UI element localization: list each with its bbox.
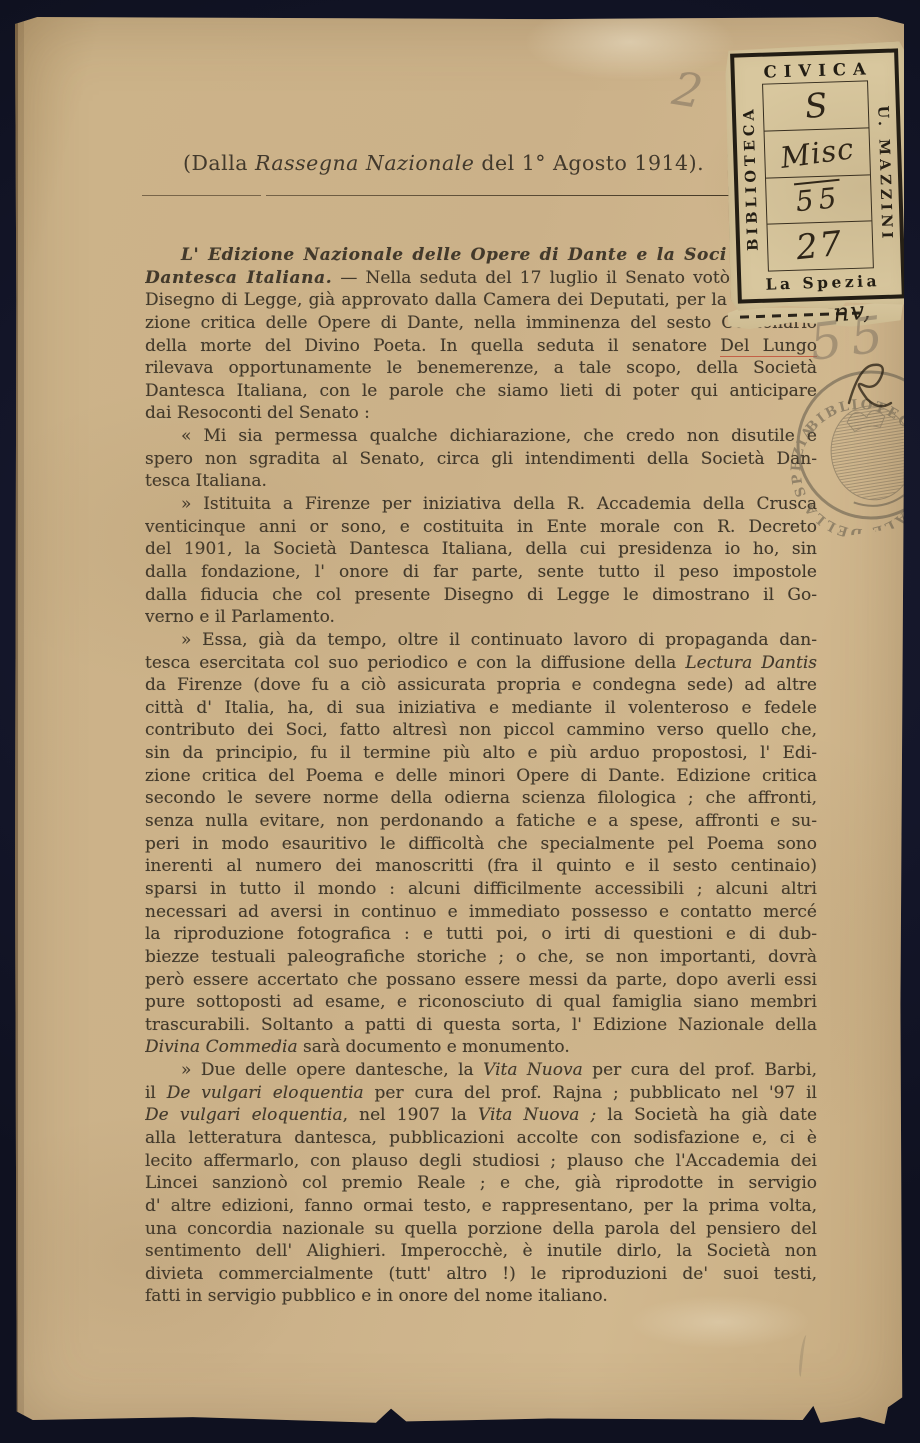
text-segment: biezze testuali paleografiche storiche ;… (145, 947, 817, 967)
text-line: secondo le severe norme della odierna sc… (145, 787, 817, 810)
pencil-mark (798, 1335, 809, 1378)
text-line: rilevava opportunamente le benemerenze, … (145, 357, 817, 380)
text-segment: sparsi in tutto il mondo : alcuni diffic… (145, 879, 817, 899)
text-line: città d' Italia, ha, di sua iniziativa e… (145, 697, 817, 720)
text-line: contributo dei Soci, fatto altresì non p… (145, 719, 817, 742)
text-line: pure sottoposti ad esame, e riconosciuto… (145, 991, 817, 1014)
pencil-shelf-number: 55 (807, 304, 895, 372)
text-line: divieta commercialmente (tutt' altro !) … (145, 1263, 817, 1286)
text-line: sin da principio, fu il termine più alto… (145, 742, 817, 765)
label-word-mazzini: U. MAZZINI (874, 105, 895, 242)
text-segment: De vulgari eloquentia (167, 1083, 364, 1103)
text-segment: del 1901, la Società Dantesca Italiana, … (145, 539, 817, 559)
library-label: CIVICA BIBLIOTECA U. MAZZINI La Spezia S… (723, 41, 913, 313)
text-line: inerenti al numero dei manoscritti (fra … (145, 855, 817, 878)
handwritten-call-number: S (803, 85, 829, 126)
text-segment: sentimento dell' Alighieri. Imperocchè, … (145, 1241, 817, 1261)
text-segment: sin da principio, fu il termine più alto… (145, 743, 817, 763)
text-line: dai Resoconti del Senato : (145, 402, 817, 425)
text-segment: secondo le severe norme della odierna sc… (145, 788, 817, 808)
text-segment: — Nella seduta del 17 luglio il Senato v… (332, 268, 730, 288)
label-row: 27 (767, 222, 872, 271)
text-line: sparsi in tutto il mondo : alcuni diffic… (145, 878, 817, 901)
text-line: » Istituita a Firenze per iniziativa del… (145, 493, 817, 516)
text-line: tesca esercitata col suo periodico e con… (145, 652, 817, 675)
text-segment: dalla fondazione, l' onore di far parte,… (145, 562, 817, 582)
text-line: alla letteratura dantesca, pubblicazioni… (145, 1127, 817, 1150)
pencil-annotation: 2 (669, 61, 706, 119)
text-line: dalla fiducia che col presente Disegno d… (145, 584, 817, 607)
text-segment: sarà documento e monumento. (298, 1037, 570, 1057)
scan-background: (Dalla Rassegna Nazionale del 1° Agosto … (0, 0, 920, 1443)
text-line: zione critica delle Opere di Dante, nell… (145, 312, 817, 335)
text-segment: lecito affermarlo, con plauso degli stud… (145, 1151, 817, 1171)
rule-segment (142, 195, 261, 196)
text-segment: città d' Italia, ha, di sua iniziativa e… (145, 698, 817, 718)
text-segment: » Istituita a Firenze per iniziativa del… (181, 494, 817, 514)
text-line: una concordia nazionale su quella porzio… (145, 1218, 817, 1241)
text-line: Disegno di Legge, già approvato dalla Ca… (145, 289, 727, 312)
text-segment: per cura del prof. Barbi, (583, 1060, 817, 1080)
text-line: necessari ad aversi in continuo e immedi… (145, 901, 817, 924)
label-row: Misc (765, 128, 870, 178)
text-segment: divieta commercialmente (tutt' altro !) … (145, 1264, 817, 1284)
text-line: Dantesca Italiana. — Nella seduta del 17… (145, 267, 730, 290)
text-line: lecito affermarlo, con plauso degli stud… (145, 1150, 817, 1173)
journal-title: Rassegna Nazionale (255, 151, 474, 175)
text-segment: d' altre edizioni, fanno ormai testo, e … (145, 1196, 817, 1216)
text-segment: per cura del prof. Rajna ; pubblicato ne… (364, 1083, 817, 1103)
text-line: Dantesca Italiana, con le parole che sia… (145, 380, 817, 403)
text-line: De vulgari eloquentia, nel 1907 la Vita … (145, 1104, 817, 1127)
text-segment: zione critica delle Opere di Dante, nell… (145, 313, 817, 333)
text-segment: Lectura Dantis (685, 653, 817, 673)
text-line: d' altre edizioni, fanno ormai testo, e … (145, 1195, 817, 1218)
handwritten-call-number: 27 (795, 224, 846, 269)
red-underlined-name: Del Lungo (720, 336, 817, 358)
text-segment: la riproduzione fotografica : e tutti po… (145, 924, 817, 944)
text-segment: Vita Nuova (483, 1060, 583, 1080)
text-segment: senza nulla evitare, non perdonando a fa… (145, 811, 817, 831)
text-segment: venticinque anni or sono, e costituita i… (145, 517, 817, 537)
text-line: trascurabili. Soltanto a patti di questa… (145, 1014, 817, 1037)
text-line: Lincei sanzionò col premio Reale ; e che… (145, 1172, 817, 1195)
text-line: la riproduzione fotografica : e tutti po… (145, 923, 817, 946)
text-segment: Divina Commedia (145, 1037, 298, 1057)
text-segment: Lincei sanzionò col premio Reale ; e che… (145, 1173, 817, 1193)
text-line: però essere accertato che possano essere… (145, 969, 817, 992)
text-segment: » Due delle opere dantesche, la (181, 1060, 483, 1080)
label-border: CIVICA BIBLIOTECA U. MAZZINI La Spezia S… (730, 48, 906, 303)
text-line: spero non sgradita al Senato, circa gli … (145, 448, 817, 471)
text-line: biezze testuali paleografiche storiche ;… (145, 946, 817, 969)
text-segment: » Essa, già da tempo, oltre il continuat… (181, 630, 817, 650)
label-row: 55 (766, 175, 871, 225)
text-line: del 1901, la Società Dantesca Italiana, … (145, 538, 817, 561)
text-line: il De vulgari eloquentia per cura del pr… (145, 1082, 817, 1105)
text-segment: Dantesca Italiana, con le parole che sia… (145, 381, 817, 401)
text-line: zione critica del Poema e delle minori O… (145, 765, 817, 788)
handwritten-call-number: Misc (778, 131, 856, 175)
text-line: senza nulla evitare, non perdonando a fa… (145, 810, 817, 833)
text-segment: una concordia nazionale su quella porzio… (145, 1219, 817, 1239)
text-line: L' Edizione Nazionale delle Opere di Dan… (145, 244, 727, 267)
text-segment: la Società ha già date (596, 1105, 817, 1125)
text-line: sentimento dell' Alighieri. Imperocchè, … (145, 1240, 817, 1263)
citation-text: del 1° Agosto 1914). (474, 151, 704, 175)
text-segment: fatti in servigio pubblico e in onore de… (145, 1286, 608, 1306)
label-row: S (763, 81, 868, 131)
text-segment: Disegno di Legge, già approvato dalla Ca… (145, 290, 727, 312)
text-segment: contributo dei Soci, fatto altresì non p… (145, 720, 817, 740)
text-segment: da Firenze (dove fu a ciò assicurata pro… (145, 675, 817, 695)
text-segment: zione critica del Poema e delle minori O… (145, 766, 817, 786)
text-segment: verno e il Parlamento. (145, 607, 335, 627)
handwritten-call-number: 55 (794, 181, 843, 218)
text-segment: tesca Italiana. (145, 471, 267, 491)
text-segment: della morte del Divino Poeta. In quella … (145, 336, 720, 356)
citation-text: (Dalla (183, 151, 255, 175)
text-segment: De vulgari eloquentia (145, 1105, 343, 1125)
text-line: dalla fondazione, l' onore di far parte,… (145, 561, 817, 584)
text-line: verno e il Parlamento. (145, 606, 817, 629)
text-segment: alla letteratura dantesca, pubblicazioni… (145, 1128, 817, 1148)
text-segment: tesca esercitata col suo periodico e con… (145, 653, 685, 673)
text-line: fatti in servigio pubblico e in onore de… (145, 1285, 817, 1308)
label-word-civica: CIVICA (734, 59, 895, 83)
text-line: » Essa, già da tempo, oltre il continuat… (145, 629, 817, 652)
text-segment: dalla fiducia che col presente Disegno d… (145, 585, 817, 605)
text-line: Divina Commedia sarà documento e monumen… (145, 1036, 817, 1059)
text-line: venticinque anni or sono, e costituita i… (145, 516, 817, 539)
label-word-biblioteca: BIBLIOTECA (740, 105, 762, 251)
text-segment: spero non sgradita al Senato, circa gli … (145, 449, 817, 469)
source-citation-line: (Dalla Rassegna Nazionale del 1° Agosto … (183, 151, 704, 175)
text-line: » Due delle opere dantesche, la Vita Nuo… (145, 1059, 817, 1082)
text-segment: L' Edizione Nazionale delle Opere di Dan… (181, 245, 727, 265)
text-line: da Firenze (dove fu a ciò assicurata pro… (145, 674, 817, 697)
text-segment: peri in modo esauritivo le difficoltà ch… (145, 834, 817, 854)
document-body: L' Edizione Nazionale delle Opere di Dan… (145, 244, 817, 1308)
text-line: peri in modo esauritivo le difficoltà ch… (145, 833, 817, 856)
text-line: tesca Italiana. (145, 470, 817, 493)
document-page: (Dalla Rassegna Nazionale del 1° Agosto … (15, 17, 904, 1427)
text-segment: rilevava opportunamente le benemerenze, … (145, 358, 817, 378)
text-segment: il (145, 1083, 167, 1103)
text-line: della morte del Divino Poeta. In quella … (145, 335, 817, 358)
text-segment: dai Resoconti del Senato : (145, 403, 370, 423)
text-segment: Dantesca Italiana. (145, 268, 332, 288)
text-segment: inerenti al numero dei manoscritti (fra … (145, 856, 817, 876)
text-segment: Vita Nuova ; (478, 1105, 596, 1125)
text-segment: « Mi sia permessa qualche dichiarazione,… (181, 426, 817, 446)
text-line: « Mi sia permessa qualche dichiarazione,… (145, 425, 817, 448)
text-segment: pure sottoposti ad esame, e riconosciuto… (145, 992, 817, 1012)
text-segment: , nel 1907 la (343, 1105, 478, 1125)
header-rule (142, 194, 816, 197)
label-call-number-field: S Misc 55 27 (762, 80, 874, 271)
text-segment: trascurabili. Soltanto a patti di questa… (145, 1015, 817, 1035)
text-segment: necessari ad aversi in continuo e immedi… (145, 902, 817, 922)
text-segment: però essere accertato che possano essere… (145, 970, 817, 990)
label-word-la-spezia: La Spezia (741, 270, 902, 294)
